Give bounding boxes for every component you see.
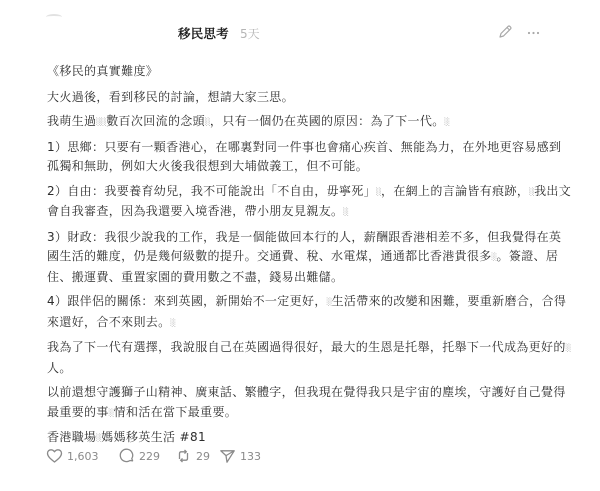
emoji-placeholder: ░	[566, 344, 571, 352]
action-bar: 1,603 229 29 133	[46, 446, 279, 466]
paragraph-next-generation: 我為了下一代有選擇，我說服自己在英國過得很好，最大的生恩是托舉，托舉下一代成為更…	[47, 338, 572, 378]
share-count: 133	[240, 450, 261, 463]
more-horizontal-icon	[524, 23, 544, 41]
avatar[interactable]	[46, 14, 62, 20]
reply-button[interactable]: 229	[118, 448, 175, 464]
pencil-icon	[496, 23, 514, 41]
post-header: 移民思考 5天	[0, 22, 600, 44]
comment-icon	[118, 448, 135, 464]
paragraph-freedom: 2）自由：我要養育幼兒，我不可能說出「不自由，毋寧死」░，在網上的言論皆有痕跡，…	[47, 182, 572, 223]
like-count: 1,603	[67, 450, 99, 463]
paragraph-partner: 4）跟伴侶的關係：來到英國，新開始不一定更好，░生活帶來的改變和困難，要重新磨合…	[47, 292, 572, 333]
repost-button[interactable]: 29	[175, 448, 219, 464]
like-button[interactable]: 1,603	[46, 448, 118, 464]
paragraph-intro: 大火過後，看到移民的討論，想請大家三思。	[47, 88, 572, 108]
post-time: 5天	[240, 25, 260, 42]
emoji-placeholder: ░	[101, 118, 106, 126]
emoji-placeholder: ░	[376, 188, 381, 196]
repost-count: 29	[196, 450, 210, 463]
post-title: 《移民的真實難度》	[47, 62, 572, 82]
emoji-placeholder: ░	[327, 298, 332, 306]
emoji-placeholder: ░	[171, 319, 176, 327]
edit-button[interactable]	[496, 23, 514, 41]
emoji-placeholder: ░	[343, 208, 348, 216]
paragraph-finance: 3）財政：我很少說我的工作，我是一個能做回本行的人，薪酬跟香港相差不多，但我覺得…	[47, 228, 572, 288]
heart-icon	[46, 448, 63, 464]
repost-icon	[175, 448, 192, 464]
more-button[interactable]	[524, 23, 544, 41]
post-body: 《移民的真實難度》 大火過後，看到移民的討論，想請大家三思。 我萌生過░░數百次…	[47, 62, 572, 454]
emoji-placeholder: ░	[109, 409, 114, 417]
emoji-placeholder: ░	[96, 434, 101, 442]
emoji-placeholder: ░	[205, 118, 210, 126]
emoji-placeholder: ░	[492, 253, 497, 261]
paragraph-reason: 我萌生過░░數百次回流的念頭░，只有一個仍在英國的原因：為了下一代。░	[47, 112, 572, 133]
emoji-placeholder: ░	[529, 188, 534, 196]
author-name[interactable]: 移民思考	[178, 24, 229, 42]
paragraph-homesick: 1）思鄉：只要有一顆香港心，在哪裏對同一件事也會痛心疾首、無能為力，在外地更容易…	[47, 138, 572, 177]
reply-count: 229	[139, 450, 160, 463]
send-icon	[219, 448, 236, 464]
paragraph-conclusion: 以前還想守護獅子山精神、廣東話、繁體字，但我現在覺得我只是宇宙的塵埃，守護好自己…	[47, 383, 572, 423]
emoji-placeholder: ░	[445, 118, 450, 126]
share-button[interactable]: 133	[219, 448, 279, 464]
